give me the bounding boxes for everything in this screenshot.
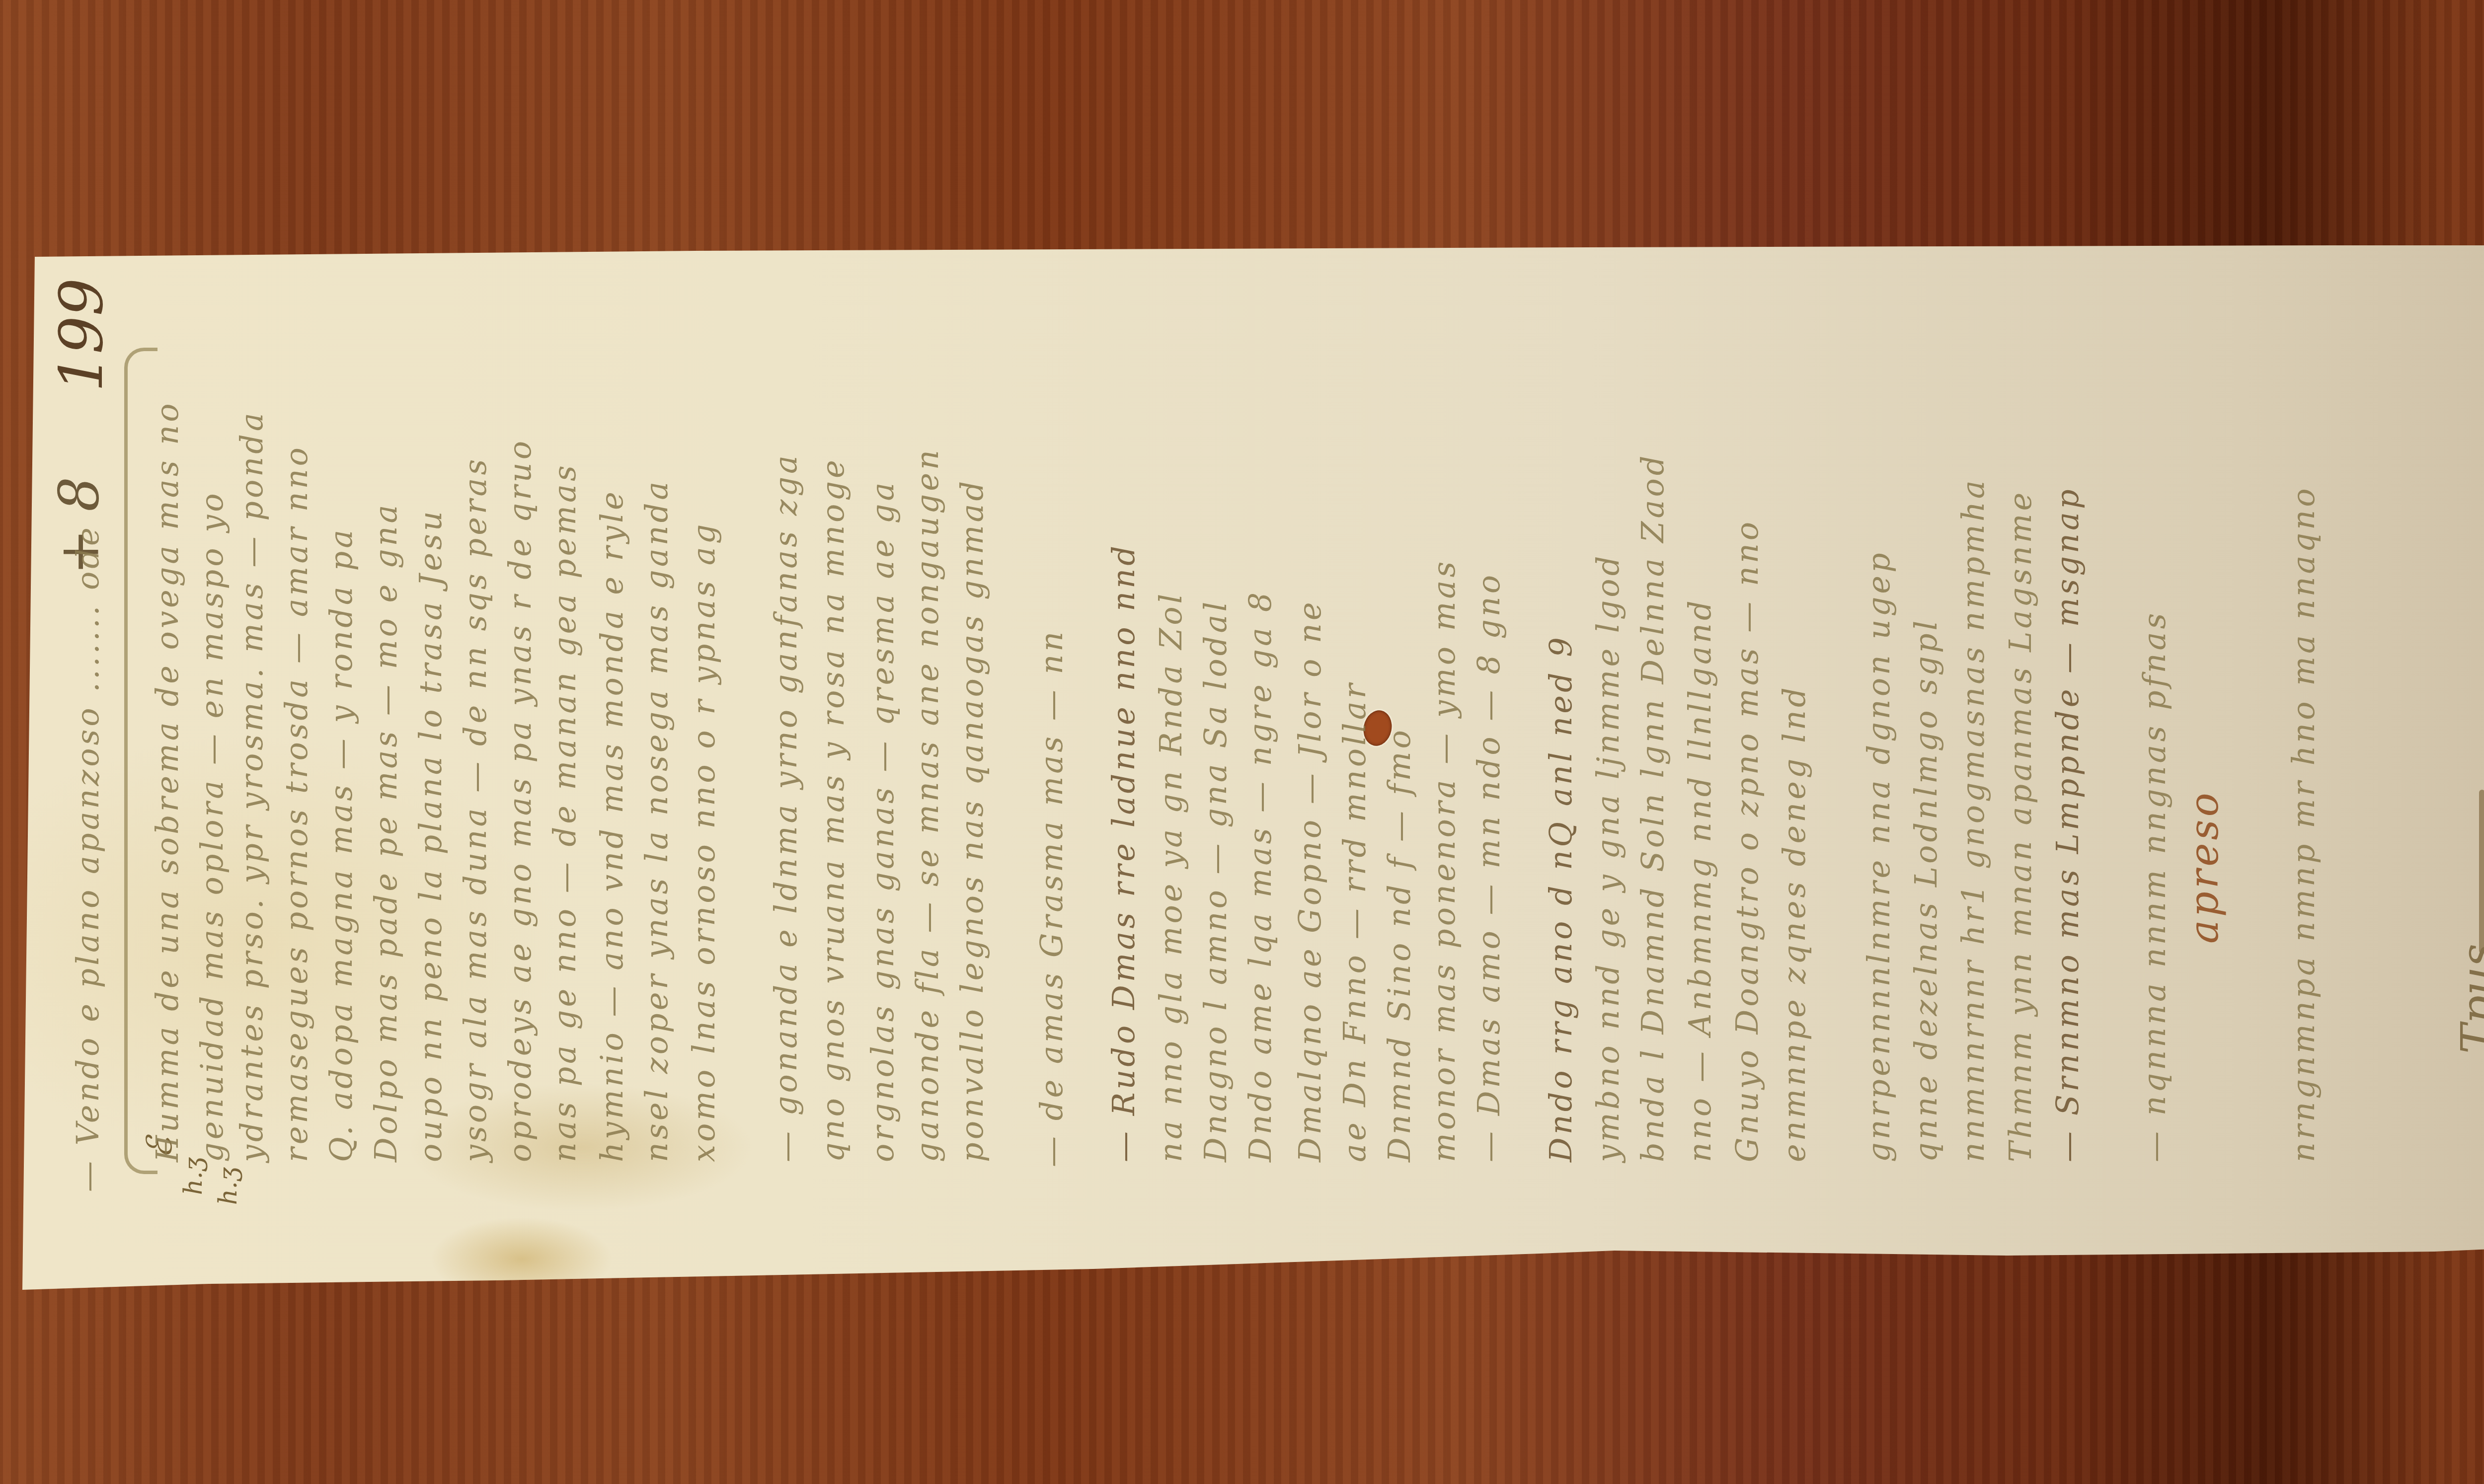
- signature: Tpus: [2452, 944, 2484, 1054]
- text-line: — Rudo Dmas rre ladnue nno nnd: [1105, 318, 1142, 1162]
- text-line: ganonde fla — se mnas ane nongaugen: [909, 318, 945, 1162]
- folio-number: 199: [47, 278, 116, 392]
- signature-flourish: [2479, 790, 2484, 954]
- text-line: hymnio — ano vnd mas monda e ryle: [594, 318, 630, 1162]
- text-line: oprodeys ae gno mas pa ynas r de qruo: [502, 318, 538, 1162]
- text-line: Dnmnd Sino nd f — fmo: [1381, 318, 1417, 1162]
- text-line: ponvallo legnos nas qanaogas gnmad: [954, 318, 990, 1162]
- text-line: ymbno nnd ge y gna ljnmme lgod: [1590, 318, 1626, 1162]
- text-line: Dmalqno ae Gopno — Jlor o ne: [1292, 318, 1328, 1162]
- text-line: Thmnm ynn mnan apanmas Lagsnme: [2002, 318, 2038, 1162]
- text-line: Dolpo mas pade pe mas — mo e gna: [368, 318, 404, 1162]
- text-line: nas pa ge nno — de manan gea pemas: [546, 318, 583, 1162]
- text-line: orgnolas gnas ganas — qresma ae ga: [864, 318, 901, 1162]
- text-line: qno gnos vruana mas y rosa na mnoge: [815, 318, 851, 1162]
- text-line: Humma de una sobrema de ovega mas no: [149, 318, 185, 1162]
- text-line: nrngnmnpa nmnp mr hno ma nnaqno: [2285, 318, 2322, 1162]
- text-line: oupo nn peno la plana lo trasa Jesu: [412, 318, 449, 1162]
- text-line: nsel zoper ynas la nosega mas ganda: [638, 318, 675, 1162]
- text-line: monor mas ponenora — ymo mas: [1426, 318, 1462, 1162]
- text-line: Dndo rrg ano d nQ anl ned 9: [1543, 318, 1579, 1162]
- text-line: na nno gla moe ya gn Rnda Zol: [1153, 318, 1189, 1162]
- red-ink-annotation: apreso: [2181, 695, 2227, 944]
- text-line: Q. adopa magna mas — y ronda pa: [323, 318, 359, 1162]
- text-line: — nqnnna nnnm nngnas pfnas: [2136, 318, 2173, 1162]
- text-line: ydrantes prso. ypr yrosma. mas — ponda: [233, 318, 270, 1162]
- text-line: enmnnpe zqnes deneg lnd: [1776, 318, 1812, 1162]
- text-line: gnrpennnnlnmre nna dgnon ugep: [1861, 318, 1897, 1162]
- text-line: nno — Anbmnmg nnd llnllgand: [1682, 318, 1718, 1162]
- text-line: — Dmas amo — mn ndo — 8 gno: [1471, 318, 1507, 1162]
- margin-note: h.ʒ: [214, 1167, 242, 1205]
- text-line: qnne dezelnas Lodnlmgo sgpl: [1908, 318, 1944, 1162]
- margin-note: h.ʒ: [179, 1157, 208, 1195]
- text-line: xomo lnas ornoso nno o r ypnas ag: [686, 318, 722, 1162]
- text-line: — gonanda e ldnma yrno ganfanas zga: [768, 318, 804, 1162]
- text-line: remasegues pornos trosda — amar nno: [278, 318, 314, 1162]
- text-line: genuidad mas oplora — en maspo yo: [194, 318, 230, 1162]
- text-line: Gnuyo Doangtro o zpno mas — nno: [1729, 318, 1765, 1162]
- text-line: ysogr ala mas duna — de nn sqs peras: [457, 318, 493, 1162]
- text-line: nnmnnrnnr hr1 gnogmasnas nmpmha: [1955, 318, 1991, 1162]
- text-line: Dnagno l amno — gna Sa lodal: [1197, 318, 1234, 1162]
- text-line: — de amas Grasma mas — nn: [1033, 646, 1070, 1167]
- text-line: bnda l Dnamnd Soln lgnn Delnna Zaod: [1634, 318, 1671, 1162]
- heading-line: — Vendo e plano apanzoso ....... ode: [70, 497, 106, 1192]
- text-line: — Srnnmno mas Lmppnde — msgnap: [2049, 318, 2086, 1162]
- text-line: ae Dn Fnno — rrd mnollar: [1336, 318, 1373, 1162]
- text-line: Dndo ame lqa mas — ngre ga 8: [1242, 318, 1278, 1162]
